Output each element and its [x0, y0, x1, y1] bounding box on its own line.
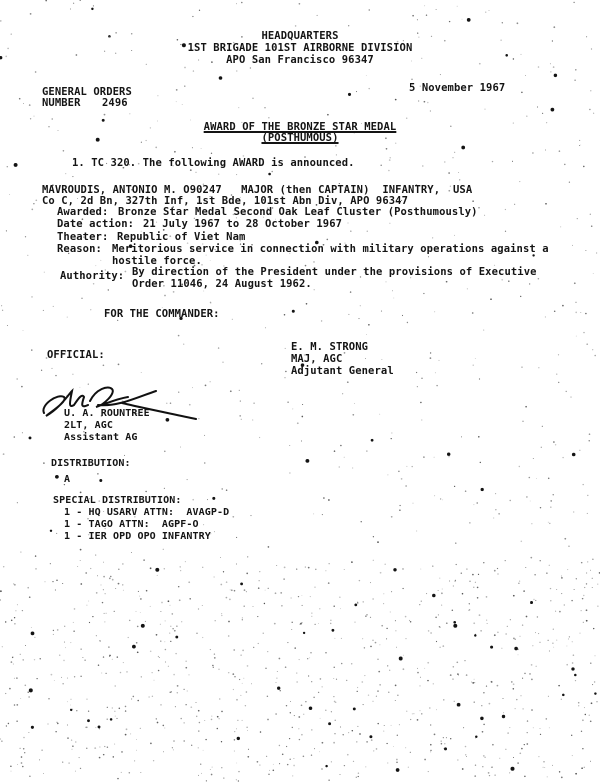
header-line-3: APO San Francisco 96347 [150, 54, 450, 66]
number-label: NUMBER [42, 97, 81, 109]
authority-value-cont: Order 11046, 24 August 1962. [132, 278, 312, 290]
special-distribution-item: 1 - TAGO ATTN: AGPF-O [64, 519, 199, 531]
official-label: OFFICIAL: [47, 349, 105, 361]
awarded-label: Awarded: [57, 206, 108, 218]
date-action-label: Date action: [57, 218, 134, 230]
special-distribution-item: 1 - IER OPD OPO INFANTRY [64, 531, 211, 543]
authority-value: By direction of the President under the … [132, 266, 537, 278]
authority-label: Authority: [60, 270, 124, 282]
official-name: U. A. ROUNTREE [64, 408, 150, 420]
signatory-title: Adjutant General [291, 365, 394, 377]
theater-label: Theater: [57, 231, 108, 243]
reason-label: Reason: [57, 243, 102, 255]
reason-value: Meritorious service in connection with m… [112, 243, 549, 255]
special-distribution-label: SPECIAL DISTRIBUTION: [53, 495, 182, 507]
award-subtitle: (POSTHUMOUS) [150, 132, 450, 144]
signatory-name: E. M. STRONG [291, 341, 368, 353]
theater-value: Republic of Viet Nam [117, 231, 245, 243]
order-number: 2496 [102, 97, 128, 109]
distribution-label: DISTRIBUTION: [51, 458, 131, 470]
date-action-value: 21 July 1967 to 28 October 1967 [143, 218, 342, 230]
for-the-commander: FOR THE COMMANDER: [104, 308, 220, 320]
official-rank: 2LT, AGC [64, 420, 113, 432]
awarded-value: Bronze Star Medal Second Oak Leaf Cluste… [118, 206, 478, 218]
special-distribution-item: 1 - HQ USARV ATTN: AVAGP-D [64, 507, 229, 519]
distribution-value: A [64, 474, 70, 486]
intro-paragraph: 1. TC 320. The following AWARD is announ… [72, 157, 355, 169]
signatory-rank: MAJ, AGC [291, 353, 342, 365]
order-date: 5 November 1967 [409, 82, 505, 94]
header-line-2: 1ST BRIGADE 101ST AIRBORNE DIVISION [120, 42, 480, 54]
official-title: Assistant AG [64, 432, 137, 444]
header-line-1: HEADQUARTERS [150, 30, 450, 42]
